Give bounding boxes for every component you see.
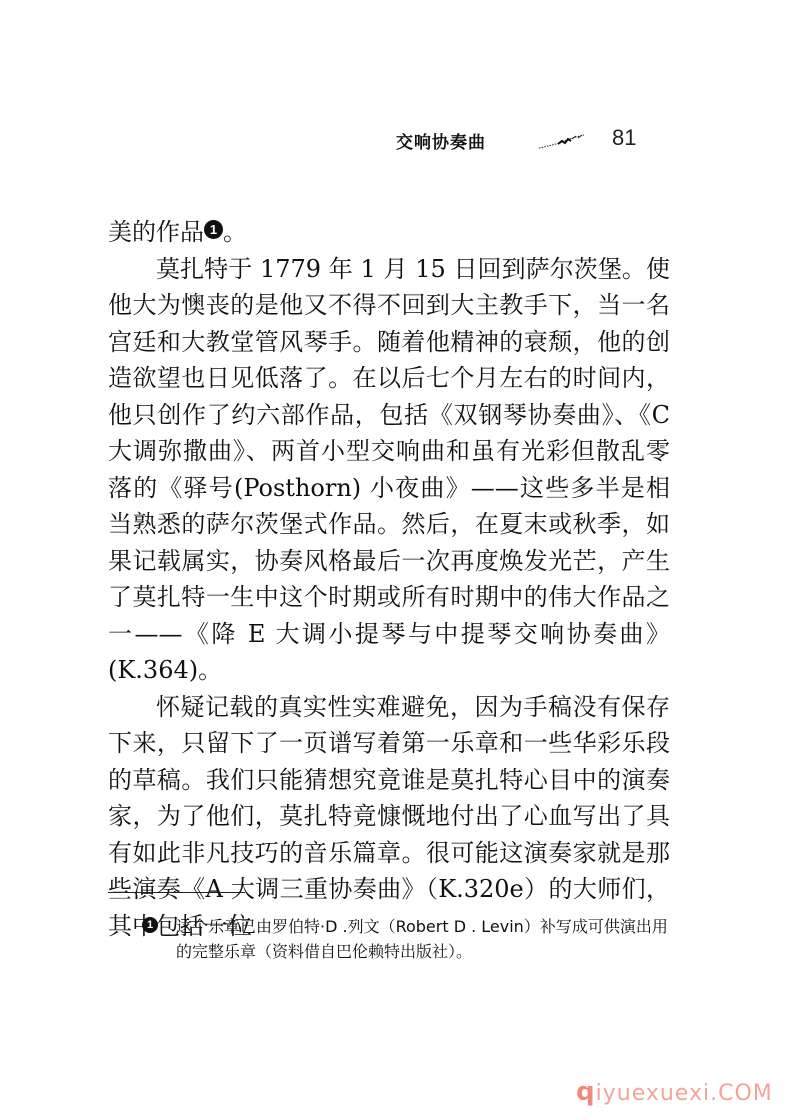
- paragraph-text: 。: [223, 218, 247, 246]
- paragraph-continuation: 美的作品1。: [108, 214, 670, 251]
- footnote-reference-1[interactable]: 1: [204, 220, 223, 239]
- site-watermark: qiyuexuexi.COM: [576, 1077, 773, 1107]
- flourish-ornament-icon: [538, 134, 588, 150]
- footnote-divider: [108, 892, 245, 893]
- paragraph-text: 美的作品: [108, 218, 204, 246]
- footnote-marker: 1: [142, 917, 158, 933]
- footnote-text: 这个乐章已由罗伯特·D .列文（Robert D . Levin）补写成可供演出…: [176, 917, 668, 961]
- watermark-text: iyuexuexi.COM: [596, 1081, 773, 1106]
- book-page: 交响协奏曲 81 美的作品1。 莫扎特于 1779 年 1 月 15 日回到萨尔…: [0, 0, 794, 1120]
- paragraph-manuscript-doubt: 怀疑记载的真实性实难避免，因为手稿没有保存下来，只留下了一页谱写着第一乐章和一些…: [108, 689, 670, 945]
- page-number: 81: [612, 125, 636, 151]
- body-text: 美的作品1。 莫扎特于 1779 年 1 月 15 日回到萨尔茨堡。使他大为懊丧…: [108, 214, 670, 944]
- running-head: 交响协奏曲 81: [390, 128, 670, 158]
- paragraph-mozart-return: 莫扎特于 1779 年 1 月 15 日回到萨尔茨堡。使他大为懊丧的是他又不得不…: [108, 251, 670, 689]
- running-head-title: 交响协奏曲: [396, 128, 486, 153]
- footnote-1: 1 这个乐章已由罗伯特·D .列文（Robert D . Levin）补写成可供…: [140, 914, 672, 964]
- watermark-logo-letter: q: [576, 1077, 596, 1107]
- footnotes: 1 这个乐章已由罗伯特·D .列文（Robert D . Levin）补写成可供…: [140, 914, 672, 964]
